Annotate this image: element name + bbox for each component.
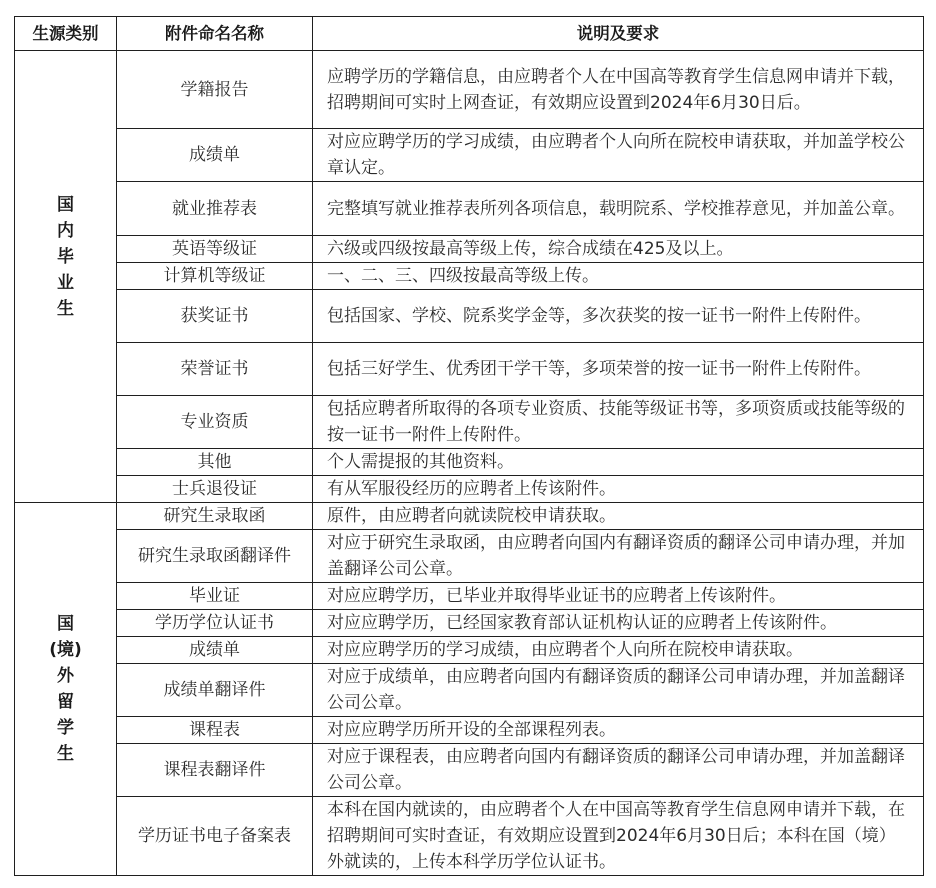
table-row: 课程表翻译件 对应于课程表，由应聘者向国内有翻译资质的翻译公司申请办理，并加盖翻… (15, 744, 924, 797)
attachment-description: 应聘学历的学籍信息，由应聘者个人在中国高等教育学生信息网申请并下载，招聘期间可实… (313, 51, 924, 129)
attachment-name: 学历证书电子备案表 (117, 797, 313, 876)
table-row: 课程表 对应应聘学历所开设的全部课程列表。 (15, 717, 924, 744)
attachment-description: 对应应聘学历的学习成绩，由应聘者个人向所在院校申请获取。 (313, 637, 924, 664)
attachment-description: 对应于研究生录取函，由应聘者向国内有翻译资质的翻译公司申请办理，并加盖翻译公司公… (313, 530, 924, 583)
attachment-description: 六级或四级按最高等级上传，综合成绩在425及以上。 (313, 236, 924, 263)
attachment-description: 本科在国内就读的，由应聘者个人在中国高等教育学生信息网申请并下载，在招聘期间可实… (313, 797, 924, 876)
table-row: 英语等级证 六级或四级按最高等级上传，综合成绩在425及以上。 (15, 236, 924, 263)
table-row: 学历证书电子备案表 本科在国内就读的，由应聘者个人在中国高等教育学生信息网申请并… (15, 797, 924, 876)
attachment-description: 对应于课程表，由应聘者向国内有翻译资质的翻译公司申请办理，并加盖翻译公司公章。 (313, 744, 924, 797)
table-row: 专业资质 包括应聘者所取得的各项专业资质、技能等级证书等，多项资质或技能等级的按… (15, 396, 924, 449)
table-row: 学历学位认证书 对应应聘学历，已经国家教育部认证机构认证的应聘者上传该附件。 (15, 610, 924, 637)
overseas-returnees-group: 国 (境) 外 留 学 生 研究生录取函 原件，由应聘者向就读院校申请获取。 研… (15, 503, 924, 876)
attachment-name: 学历学位认证书 (117, 610, 313, 637)
attachment-description: 包括三好学生、优秀团干学干等，多项荣誉的按一证书一附件上传附件。 (313, 343, 924, 396)
category-domestic-graduates: 国 内 毕 业 生 (15, 51, 117, 503)
table-row: 士兵退役证 有从军服役经历的应聘者上传该附件。 (15, 476, 924, 503)
attachment-description: 包括应聘者所取得的各项专业资质、技能等级证书等，多项资质或技能等级的按一证书一附… (313, 396, 924, 449)
attachment-name: 成绩单 (117, 637, 313, 664)
attachment-name: 其他 (117, 449, 313, 476)
attachment-description: 包括国家、学校、院系奖学金等，多次获奖的按一证书一附件上传附件。 (313, 290, 924, 343)
attachment-name: 研究生录取函 (117, 503, 313, 530)
attachment-description: 对应应聘学历所开设的全部课程列表。 (313, 717, 924, 744)
attachment-description: 对应应聘学历的学习成绩，由应聘者个人向所在院校申请获取，并加盖学校公章认定。 (313, 129, 924, 182)
attachment-description: 对应应聘学历，已经国家教育部认证机构认证的应聘者上传该附件。 (313, 610, 924, 637)
attachment-description: 一、二、三、四级按最高等级上传。 (313, 263, 924, 290)
attachment-name: 英语等级证 (117, 236, 313, 263)
attachment-name: 课程表翻译件 (117, 744, 313, 797)
attachment-description: 个人需提报的其他资料。 (313, 449, 924, 476)
attachment-description: 完整填写就业推荐表所列各项信息，载明院系、学校推荐意见，并加盖公章。 (313, 182, 924, 236)
attachment-description: 对应应聘学历，已毕业并取得毕业证书的应聘者上传该附件。 (313, 583, 924, 610)
attachment-name: 士兵退役证 (117, 476, 313, 503)
attachment-name: 计算机等级证 (117, 263, 313, 290)
table-row: 成绩单 对应应聘学历的学习成绩，由应聘者个人向所在院校申请获取，并加盖学校公章认… (15, 129, 924, 182)
attachment-name: 学籍报告 (117, 51, 313, 129)
attachment-name: 就业推荐表 (117, 182, 313, 236)
table-row: 成绩单 对应应聘学历的学习成绩，由应聘者个人向所在院校申请获取。 (15, 637, 924, 664)
header-description: 说明及要求 (313, 17, 924, 51)
attachment-name: 毕业证 (117, 583, 313, 610)
table-header-row: 生源类别 附件命名名称 说明及要求 (15, 17, 924, 51)
table-row: 研究生录取函翻译件 对应于研究生录取函，由应聘者向国内有翻译资质的翻译公司申请办… (15, 530, 924, 583)
attachment-description: 有从军服役经历的应聘者上传该附件。 (313, 476, 924, 503)
attachment-name: 成绩单 (117, 129, 313, 182)
attachment-name: 获奖证书 (117, 290, 313, 343)
attachment-name: 专业资质 (117, 396, 313, 449)
header-attachment-name: 附件命名名称 (117, 17, 313, 51)
category-overseas-returnees: 国 (境) 外 留 学 生 (15, 503, 117, 876)
table-row: 毕业证 对应应聘学历，已毕业并取得毕业证书的应聘者上传该附件。 (15, 583, 924, 610)
table-row: 荣誉证书 包括三好学生、优秀团干学干等，多项荣誉的按一证书一附件上传附件。 (15, 343, 924, 396)
table-row: 国 内 毕 业 生 学籍报告 应聘学历的学籍信息，由应聘者个人在中国高等教育学生… (15, 51, 924, 129)
table-row: 就业推荐表 完整填写就业推荐表所列各项信息，载明院系、学校推荐意见，并加盖公章。 (15, 182, 924, 236)
domestic-graduates-group: 国 内 毕 业 生 学籍报告 应聘学历的学籍信息，由应聘者个人在中国高等教育学生… (15, 51, 924, 503)
attachment-name: 成绩单翻译件 (117, 664, 313, 717)
attachment-description: 原件，由应聘者向就读院校申请获取。 (313, 503, 924, 530)
attachment-description: 对应于成绩单，由应聘者向国内有翻译资质的翻译公司申请办理，并加盖翻译公司公章。 (313, 664, 924, 717)
attachment-name: 课程表 (117, 717, 313, 744)
header-category: 生源类别 (15, 17, 117, 51)
table-row: 其他 个人需提报的其他资料。 (15, 449, 924, 476)
table-row: 计算机等级证 一、二、三、四级按最高等级上传。 (15, 263, 924, 290)
attachment-requirements-table: 生源类别 附件命名名称 说明及要求 国 内 毕 业 生 学籍报告 应聘学历的学籍… (14, 16, 924, 876)
attachment-name: 荣誉证书 (117, 343, 313, 396)
table-row: 获奖证书 包括国家、学校、院系奖学金等，多次获奖的按一证书一附件上传附件。 (15, 290, 924, 343)
table-row: 成绩单翻译件 对应于成绩单，由应聘者向国内有翻译资质的翻译公司申请办理，并加盖翻… (15, 664, 924, 717)
table-row: 国 (境) 外 留 学 生 研究生录取函 原件，由应聘者向就读院校申请获取。 (15, 503, 924, 530)
attachment-name: 研究生录取函翻译件 (117, 530, 313, 583)
